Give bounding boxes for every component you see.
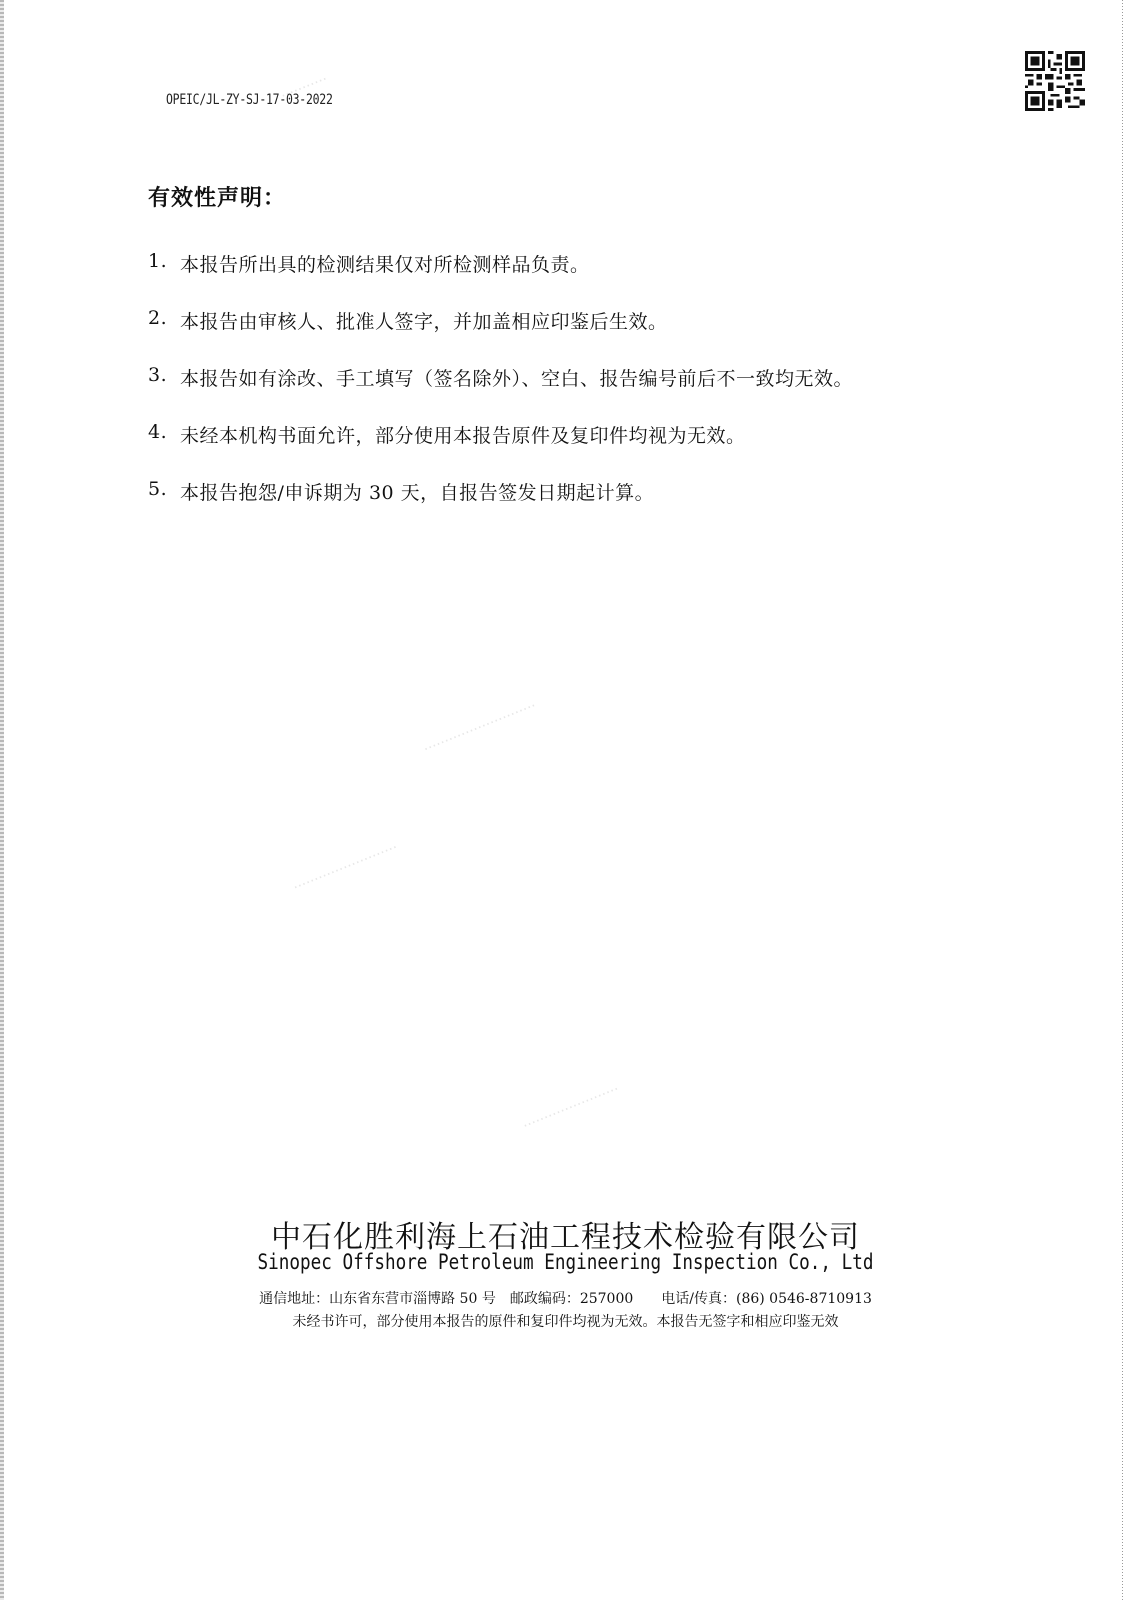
- declaration-item: 5. 本报告抱怨/申诉期为 30 天，自报告签发日期起计算。: [148, 478, 853, 535]
- company-name-en: Sinopec Offshore Petroleum Engineering I…: [90, 1250, 1040, 1274]
- item-number: 5.: [148, 478, 180, 500]
- watermark: ···························: [421, 698, 538, 758]
- page-edge-right: [1122, 0, 1123, 1600]
- qr-code-icon: [1025, 51, 1085, 111]
- watermark: ·······················: [521, 1081, 622, 1134]
- item-number: 4.: [148, 421, 180, 443]
- item-number: 2.: [148, 307, 180, 329]
- usage-notice: 未经书许可，部分使用本报告的原件和复印件均视为无效。本报告无签字和相应印鉴无效: [0, 1311, 1131, 1331]
- item-text: 本报告所出具的检测结果仅对所检测样品负责。: [180, 250, 590, 277]
- scan-edge-left: [0, 0, 4, 1600]
- document-code: OPEIC/JL-ZY-SJ-17-03-2022: [166, 92, 333, 108]
- item-text: 未经本机构书面允许，部分使用本报告原件及复印件均视为无效。: [180, 421, 746, 448]
- contact-address: 通信地址：山东省东营市淄博路 50 号 邮政编码：257000 电话/传真：(8…: [0, 1288, 1131, 1308]
- declaration-item: 2. 本报告由审核人、批准人签字，并加盖相应印鉴后生效。: [148, 307, 853, 364]
- item-number: 1.: [148, 250, 180, 272]
- declaration-list: 1. 本报告所出具的检测结果仅对所检测样品负责。 2. 本报告由审核人、批准人签…: [148, 250, 853, 535]
- declaration-item: 3. 本报告如有涂改、手工填写（签名除外）、空白、报告编号前后不一致均无效。: [148, 364, 853, 421]
- item-text: 本报告如有涂改、手工填写（签名除外）、空白、报告编号前后不一致均无效。: [180, 364, 853, 391]
- item-text: 本报告抱怨/申诉期为 30 天，自报告签发日期起计算。: [180, 478, 654, 505]
- declaration-item: 4. 未经本机构书面允许，部分使用本报告原件及复印件均视为无效。: [148, 421, 853, 478]
- item-text: 本报告由审核人、批准人签字，并加盖相应印鉴后生效。: [180, 307, 668, 334]
- watermark: ·························: [291, 840, 400, 897]
- item-number: 3.: [148, 364, 180, 386]
- declaration-title: 有效性声明：: [148, 181, 286, 212]
- declaration-item: 1. 本报告所出具的检测结果仅对所检测样品负责。: [148, 250, 853, 307]
